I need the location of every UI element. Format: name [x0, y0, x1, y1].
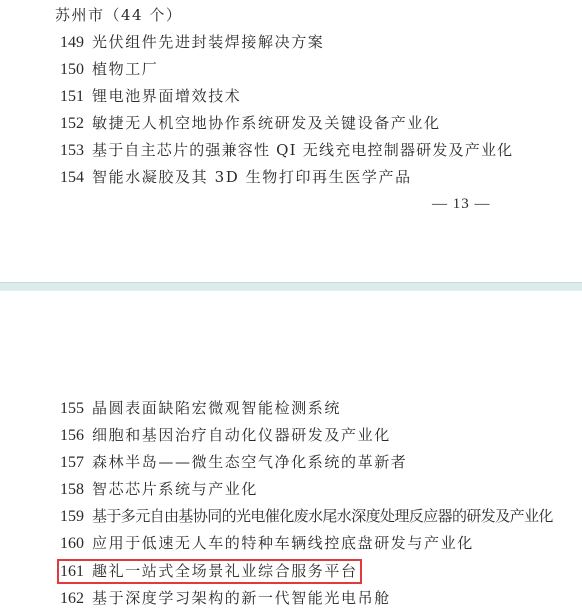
item-title: 光伏组件先进封装焊接解决方案 [92, 31, 324, 53]
item-number: 160 [60, 533, 92, 555]
item-number: 154 [60, 167, 92, 189]
item-title: 细胞和基因治疗自动化仪器研发及产业化 [92, 424, 391, 446]
list-item: 153基于自主芯片的强兼容性 QI 无线充电控制器研发及产业化 [60, 139, 513, 161]
item-title: 智能水凝胶及其 3D 生物打印再生医学产品 [92, 166, 412, 188]
item-title: 应用于低速无人车的特种车辆线控底盘研发与产业化 [92, 532, 474, 554]
item-title: 智芯芯片系统与产业化 [92, 478, 258, 500]
list-item: 158智芯芯片系统与产业化 [60, 478, 258, 500]
list-item: 149光伏组件先进封装焊接解决方案 [60, 31, 324, 53]
item-number: 162 [60, 588, 92, 610]
list-item: 160应用于低速无人车的特种车辆线控底盘研发与产业化 [60, 532, 474, 554]
item-title: 锂电池界面增效技术 [92, 85, 241, 107]
list-item: 162基于深度学习架构的新一代智能光电吊舱 [60, 587, 391, 609]
item-number: 152 [60, 113, 92, 135]
item-number: 149 [60, 32, 92, 54]
page-number: — 13 — [432, 196, 491, 213]
item-number: 158 [60, 479, 92, 501]
page-separator [0, 282, 582, 291]
item-number: 155 [60, 398, 92, 420]
item-title: 基于自主芯片的强兼容性 QI 无线充电控制器研发及产业化 [92, 139, 513, 161]
item-number: 156 [60, 425, 92, 447]
item-title: 植物工厂 [92, 58, 158, 80]
item-number: 150 [60, 59, 92, 81]
list-item: 152敏捷无人机空地协作系统研发及关键设备产业化 [60, 112, 441, 134]
item-title: 基于深度学习架构的新一代智能光电吊舱 [92, 587, 391, 609]
list-item: 157森林半岛——微生态空气净化系统的革新者 [60, 451, 407, 473]
item-number: 151 [60, 86, 92, 108]
item-number: 153 [60, 140, 92, 162]
list-item: 151锂电池界面增效技术 [60, 85, 241, 107]
item-title: 森林半岛——微生态空气净化系统的革新者 [92, 451, 407, 473]
item-number: 161 [60, 561, 92, 583]
list-item: 156细胞和基因治疗自动化仪器研发及产业化 [60, 424, 391, 446]
document-page-top: 苏州市（44 个） 149光伏组件先进封装焊接解决方案 150植物工厂 151锂… [0, 0, 582, 282]
list-item: 155晶圆表面缺陷宏微观智能检测系统 [60, 397, 341, 419]
item-number: 159 [60, 506, 92, 528]
list-item: 150植物工厂 [60, 58, 158, 80]
item-title: 趣礼一站式全场景礼业综合服务平台 [92, 560, 358, 582]
item-title: 敏捷无人机空地协作系统研发及关键设备产业化 [92, 112, 441, 134]
item-title: 基于多元自由基协同的光电催化废水尾水深度处理反应器的研发及产业化 [92, 505, 553, 527]
list-item: 154智能水凝胶及其 3D 生物打印再生医学产品 [60, 166, 412, 188]
item-title: 晶圆表面缺陷宏微观智能检测系统 [92, 397, 341, 419]
list-item: 159基于多元自由基协同的光电催化废水尾水深度处理反应器的研发及产业化 [60, 505, 553, 527]
list-item-highlighted: 161趣礼一站式全场景礼业综合服务平台 [60, 560, 358, 582]
item-number: 157 [60, 452, 92, 474]
section-heading: 苏州市（44 个） [55, 4, 182, 26]
